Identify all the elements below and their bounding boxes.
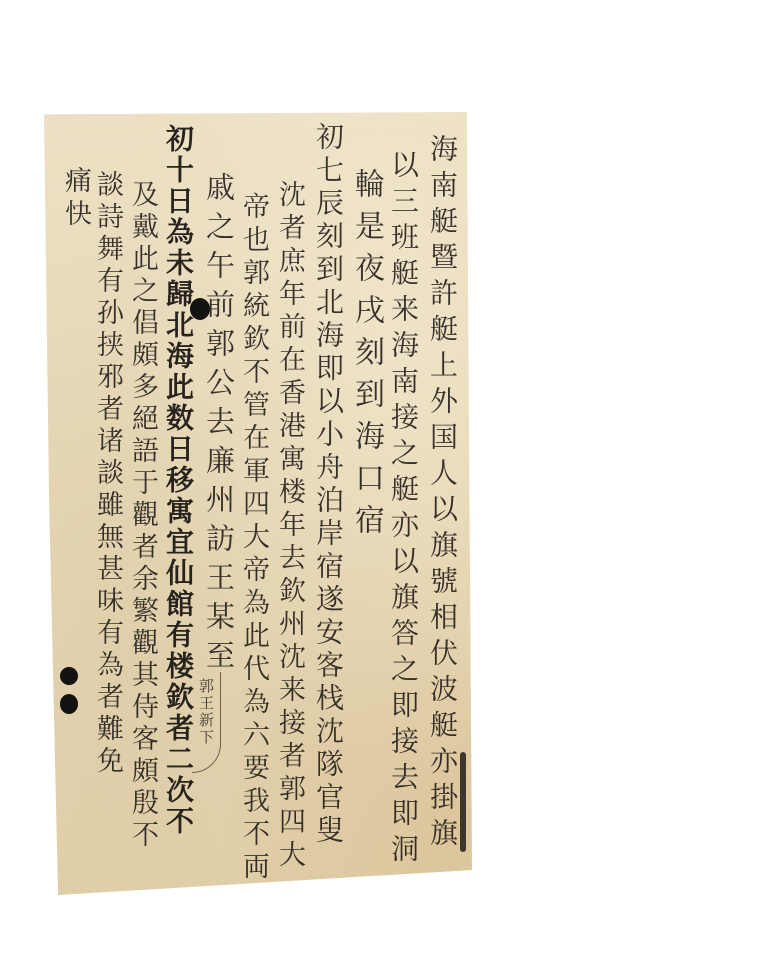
- manuscript-column-8: 初十日為未歸北海此数日移寓宜仙館有楼欽者二次不: [164, 124, 192, 837]
- ink-blot: [190, 298, 210, 320]
- manuscript-paper: 海南艇暨許艇上外国人以旗號相伏波艇亦掛旗 以三班艇来海南接之艇亦以旗答之即接去即…: [44, 112, 472, 895]
- ink-stroke: [460, 752, 466, 852]
- ink-blot: [60, 694, 78, 714]
- manuscript-column-3: 輪是夜戌刻到海口宿: [351, 168, 381, 546]
- manuscript-column-10: 談詩舞有孙挟邪者诸談雖無甚味有為者難免: [94, 170, 121, 778]
- manuscript-column-2: 以三班艇来海南接之艇亦以旗答之即接去即洞: [389, 150, 417, 870]
- ink-blot: [60, 667, 78, 685]
- annotation-bracket: [192, 672, 221, 773]
- manuscript-column-6: 帝也郭統欽不管在軍四大帝為此代為六要我不両: [240, 192, 267, 885]
- manuscript-column-9: 及戴此之倡頗多絕語于觀者余繁觀其侍客頗殷不: [129, 180, 156, 852]
- manuscript-column-4: 初七辰刻到北海即以小舟泊岸宿遂安客栈沈隊官叟: [314, 122, 342, 848]
- manuscript-column-5: 沈者庶年前在香港寓楼年去欽州沈来接者郭四大: [276, 180, 303, 873]
- manuscript-column-1: 海南艇暨許艇上外国人以旗號相伏波艇亦掛旗: [428, 134, 456, 854]
- manuscript-column-11: 痛快: [62, 166, 89, 232]
- manuscript-column-7: 戚之午前郭公去廉州訪王某至: [204, 172, 233, 679]
